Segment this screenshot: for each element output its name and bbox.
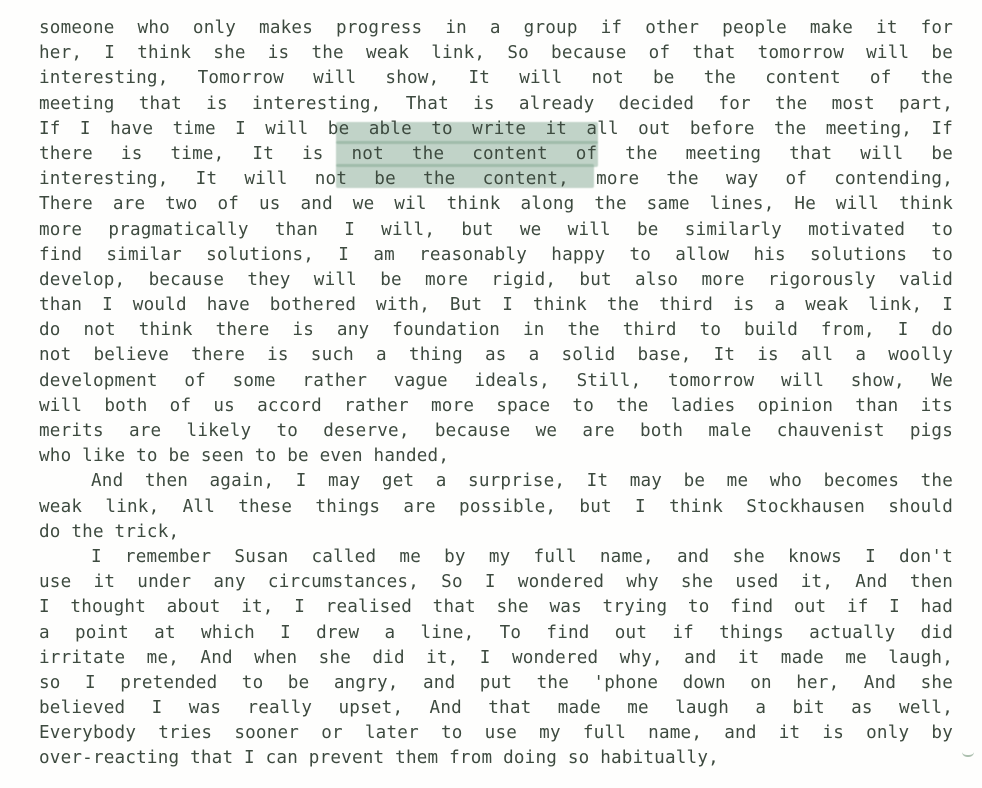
text-line: so I pretended to be angry, and put the …: [39, 671, 953, 696]
text-line: meeting that is interesting, That is alr…: [39, 92, 953, 117]
text-line: more pragmatically than I will, but we w…: [39, 218, 953, 243]
text-line: who like to be seen to be even handed,: [39, 444, 953, 469]
text-line: I remember Susan called me by my full na…: [39, 545, 953, 570]
text-line: someone who only makes progress in a gro…: [39, 16, 953, 41]
text-line: interesting, It will not be the content,…: [39, 167, 953, 192]
document-page: someone who only makes progress in a gro…: [0, 0, 982, 788]
text-line: than I would have bothered with, But I t…: [39, 293, 953, 318]
document-body: someone who only makes progress in a gro…: [39, 16, 953, 772]
text-line: find similar solutions, I am reasonably …: [39, 243, 953, 268]
text-line: a point at which I drew a line, To find …: [39, 621, 953, 646]
text-line: over-reacting that I can prevent them fr…: [39, 746, 953, 771]
text-line: do not think there is any foundation in …: [39, 318, 953, 343]
text-line: merits are likely to deserve, because we…: [39, 419, 953, 444]
text-line: I thought about it, I realised that she …: [39, 595, 953, 620]
text-line: irritate me, And when she did it, I wond…: [39, 646, 953, 671]
text-line: believed I was really upset, And that ma…: [39, 696, 953, 721]
text-line: There are two of us and we wil think alo…: [39, 192, 953, 217]
text-line: do the trick,: [39, 520, 953, 545]
text-line: use it under any circumstances, So I won…: [39, 570, 953, 595]
text-line: not believe there is such a thing as a s…: [39, 343, 953, 368]
text-line: Everybody tries sooner or later to use m…: [39, 721, 953, 746]
text-line: there is time, It is not the content of …: [39, 142, 953, 167]
text-line: develop, because they will be more rigid…: [39, 268, 953, 293]
text-line: her, I think she is the weak link, So be…: [39, 41, 953, 66]
page-mark: [962, 752, 974, 757]
text-line: weak link, All these things are possible…: [39, 495, 953, 520]
text-line: And then again, I may get a surprise, It…: [39, 469, 953, 494]
text-line: will both of us accord rather more space…: [39, 394, 953, 419]
text-line: If I have time I will be able to write i…: [39, 117, 953, 142]
text-line: development of some rather vague ideals,…: [39, 369, 953, 394]
text-line: interesting, Tomorrow will show, It will…: [39, 66, 953, 91]
